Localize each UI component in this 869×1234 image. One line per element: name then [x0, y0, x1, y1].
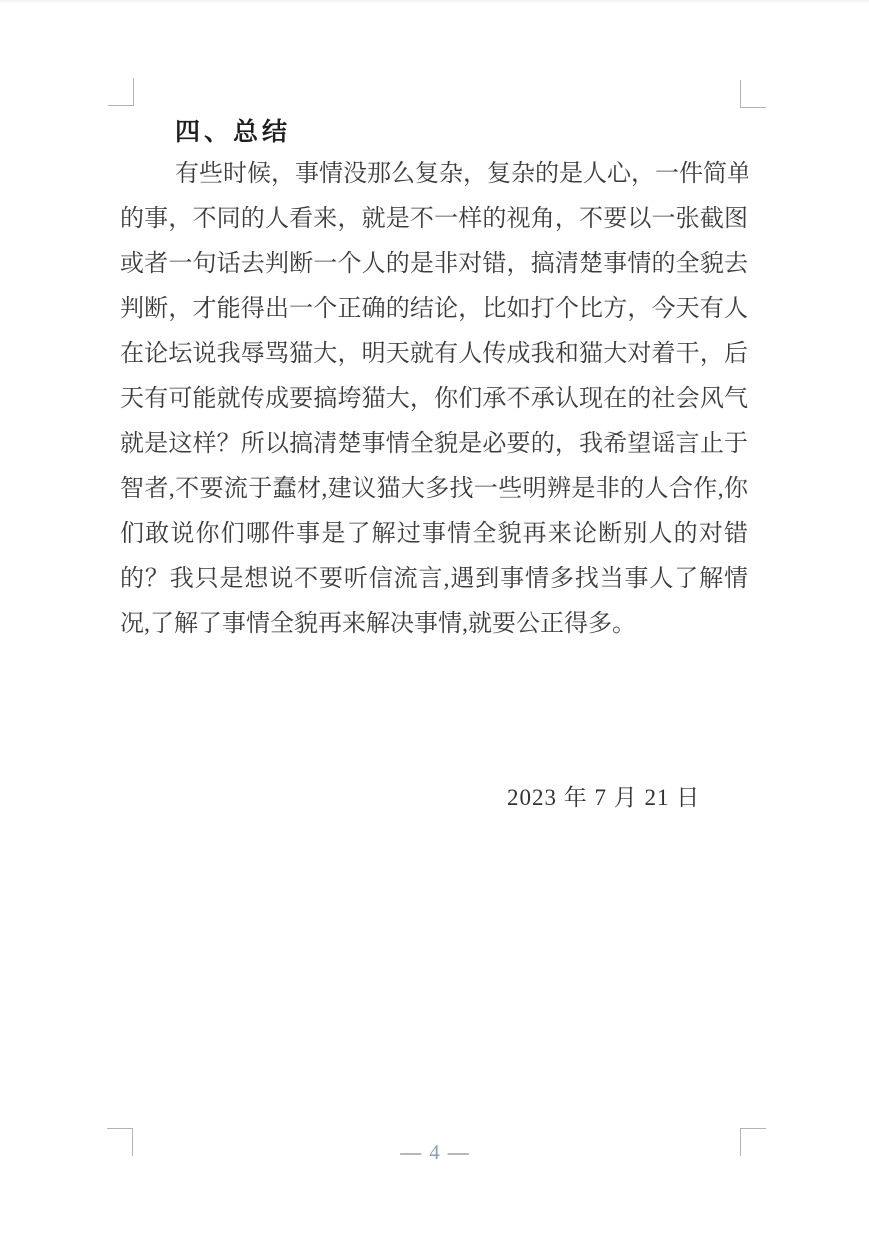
paragraph-line: 况,了解了事情全貌再来解决事情,就要公正得多。	[120, 602, 748, 647]
page-number-dash-left: —	[400, 1140, 421, 1164]
paragraph-line: 在论坛说我辱骂猫大，明天就有人传成我和猫大对着干，后	[120, 332, 748, 377]
paragraph-line: 天有可能就传成要搞垮猫大，你们承不承认现在的社会风气	[120, 377, 748, 422]
paragraph-line: 有些时候，事情没那么复杂，复杂的是人心，一件简单	[120, 152, 748, 197]
paragraph-line: 们敢说你们哪件事是了解过事情全貌再来论断别人的对错	[120, 512, 748, 557]
crop-mark-top-left	[108, 78, 134, 106]
summary-paragraph: 有些时候，事情没那么复杂，复杂的是人心，一件简单的事，不同的人看来，就是不一样的…	[120, 152, 748, 647]
page-footer: —4—	[0, 1138, 869, 1166]
crop-mark-top-right	[740, 80, 766, 108]
page-number-dash-right: —	[448, 1140, 469, 1164]
page-top-edge	[0, 0, 869, 2]
paragraph-line: 就是这样？所以搞清楚事情全貌是必要的，我希望谣言止于	[120, 422, 748, 467]
page-number-value: 4	[421, 1140, 448, 1164]
paragraph-line: 智者,不要流于蠢材,建议猫大多找一些明辨是非的人合作,你	[120, 467, 748, 512]
paragraph-line: 的事，不同的人看来，就是不一样的视角，不要以一张截图	[120, 197, 748, 242]
paragraph-line: 或者一句话去判断一个人的是非对错，搞清楚事情的全貌去	[120, 242, 748, 287]
document-date: 2023 年 7 月 21 日	[507, 779, 700, 812]
document-page: 四、总结 有些时候，事情没那么复杂，复杂的是人心，一件简单的事，不同的人看来，就…	[0, 0, 869, 1234]
section-heading: 四、总结	[175, 112, 291, 148]
paragraph-line: 的？我只是想说不要听信流言,遇到事情多找当事人了解情	[120, 557, 748, 602]
paragraph-line: 判断，才能得出一个正确的结论，比如打个比方，今天有人	[120, 287, 748, 332]
